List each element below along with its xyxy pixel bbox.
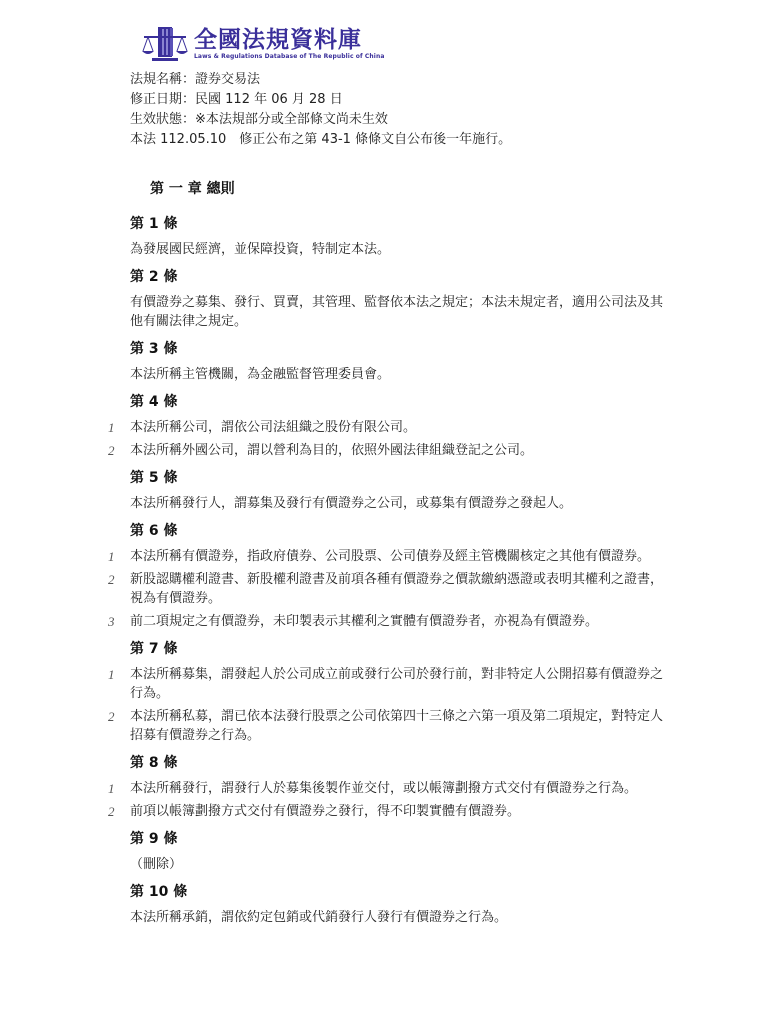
law-name-label: 法規名稱： (130, 72, 195, 87)
paragraph-number: 2 (108, 441, 115, 460)
paragraph-text: 新股認購權利證書、新股權利證書及前項各種有價證券之價款繳納憑證或表明其權利之證書… (130, 572, 663, 606)
article-title: 第 1 條 (130, 214, 675, 234)
scales-of-justice-book-icon (140, 25, 190, 63)
article-paragraph: 為發展國民經濟，並保障投資，特制定本法。 (130, 240, 675, 259)
article-paragraph: 3前二項規定之有價證券，未印製表示其權利之實體有價證券者，亦視為有價證券。 (130, 612, 675, 631)
article-paragraph: 2本法所稱私募，謂已依本法發行股票之公司依第四十三條之六第一項及第二項規定，對特… (130, 707, 675, 745)
paragraph-number: 2 (108, 570, 115, 589)
article: 第 8 條1本法所稱發行，謂發行人於募集後製作並交付，或以帳簿劃撥方式交付有價證… (130, 753, 675, 821)
article-title: 第 8 條 (130, 753, 675, 773)
site-logo[interactable]: 全國法規資料庫 Laws & Regulations Database of T… (140, 25, 384, 63)
paragraph-text: 本法所稱發行人，謂募集及發行有價證券之公司，或募集有價證券之發起人。 (130, 496, 572, 511)
paragraph-number: 3 (108, 612, 115, 631)
paragraph-text: 本法所稱募集，謂發起人於公司成立前或發行公司於發行前，對非特定人公開招募有價證券… (130, 667, 663, 701)
status-row: 生效狀態：※本法規部分或全部條文尚未生效 (130, 110, 511, 130)
article-paragraph: 2前項以帳簿劃撥方式交付有價證券之發行，得不印製實體有價證券。 (130, 802, 675, 821)
paragraph-text: 本法所稱發行，謂發行人於募集後製作並交付，或以帳簿劃撥方式交付有價證券之行為。 (130, 781, 637, 796)
article-paragraph: 1本法所稱有價證券，指政府債券、公司股票、公司債券及經主管機關核定之其他有價證券… (130, 547, 675, 566)
paragraph-text: 本法所稱主管機關，為金融監督管理委員會。 (130, 367, 390, 382)
status-label: 生效狀態： (130, 112, 195, 127)
paragraph-number: 1 (108, 779, 115, 798)
article: 第 2 條有價證券之募集、發行、買賣，其管理、監督依本法之規定；本法未規定者，適… (130, 267, 675, 331)
article: 第 5 條本法所稱發行人，謂募集及發行有價證券之公司，或募集有價證券之發起人。 (130, 468, 675, 513)
article-paragraph: 本法所稱主管機關，為金融監督管理委員會。 (130, 365, 675, 384)
article-paragraph: （刪除） (130, 855, 675, 874)
paragraph-number: 2 (108, 802, 115, 821)
law-name-row: 法規名稱：證券交易法 (130, 70, 511, 90)
paragraph-text: 有價證券之募集、發行、買賣，其管理、監督依本法之規定；本法未規定者，適用公司法及… (130, 295, 663, 329)
paragraph-number: 1 (108, 665, 115, 684)
paragraph-number: 2 (108, 707, 115, 726)
article-paragraph: 2新股認購權利證書、新股權利證書及前項各種有價證券之價款繳納憑證或表明其權利之證… (130, 570, 675, 608)
paragraph-text: 本法所稱私募，謂已依本法發行股票之公司依第四十三條之六第一項及第二項規定，對特定… (130, 709, 663, 743)
article-paragraph: 2本法所稱外國公司，謂以營利為目的，依照外國法律組織登記之公司。 (130, 441, 675, 460)
paragraph-text: 本法所稱公司，謂依公司法組織之股份有限公司。 (130, 420, 416, 435)
article: 第 7 條1本法所稱募集，謂發起人於公司成立前或發行公司於發行前，對非特定人公開… (130, 639, 675, 745)
article-title: 第 6 條 (130, 521, 675, 541)
article-list: 第 1 條為發展國民經濟，並保障投資，特制定本法。第 2 條有價證券之募集、發行… (130, 214, 675, 927)
article-paragraph: 有價證券之募集、發行、買賣，其管理、監督依本法之規定；本法未規定者，適用公司法及… (130, 293, 675, 331)
paragraph-number: 1 (108, 418, 115, 437)
status-value: ※本法規部分或全部條文尚未生效 (195, 112, 388, 127)
paragraph-text: 本法所稱承銷，謂依約定包銷或代銷發行人發行有價證券之行為。 (130, 910, 507, 925)
paragraph-text: 前項以帳簿劃撥方式交付有價證券之發行，得不印製實體有價證券。 (130, 804, 520, 819)
paragraph-text: （刪除） (130, 857, 182, 872)
amend-date-label: 修正日期： (130, 92, 195, 107)
article: 第 1 條為發展國民經濟，並保障投資，特制定本法。 (130, 214, 675, 259)
law-metadata: 法規名稱：證券交易法 修正日期：民國 112 年 06 月 28 日 生效狀態：… (130, 70, 511, 150)
paragraph-text: 本法所稱有價證券，指政府債券、公司股票、公司債券及經主管機關核定之其他有價證券。 (130, 549, 650, 564)
article-title: 第 2 條 (130, 267, 675, 287)
paragraph-number: 1 (108, 547, 115, 566)
article: 第 9 條（刪除） (130, 829, 675, 874)
article-title: 第 10 條 (130, 882, 675, 902)
chapter-heading: 第 一 章 總則 (150, 178, 675, 206)
law-content: 第 一 章 總則 第 1 條為發展國民經濟，並保障投資，特制定本法。第 2 條有… (130, 178, 675, 931)
law-name-value: 證券交易法 (195, 72, 260, 87)
article: 第 10 條本法所稱承銷，謂依約定包銷或代銷發行人發行有價證券之行為。 (130, 882, 675, 927)
article-paragraph: 1本法所稱公司，謂依公司法組織之股份有限公司。 (130, 418, 675, 437)
article-title: 第 9 條 (130, 829, 675, 849)
article-title: 第 7 條 (130, 639, 675, 659)
article-paragraph: 本法所稱承銷，謂依約定包銷或代銷發行人發行有價證券之行為。 (130, 908, 675, 927)
amend-date-row: 修正日期：民國 112 年 06 月 28 日 (130, 90, 511, 110)
article-title: 第 4 條 (130, 392, 675, 412)
article-paragraph: 本法所稱發行人，謂募集及發行有價證券之公司，或募集有價證券之發起人。 (130, 494, 675, 513)
paragraph-text: 本法所稱外國公司，謂以營利為目的，依照外國法律組織登記之公司。 (130, 443, 533, 458)
paragraph-text: 前二項規定之有價證券，未印製表示其權利之實體有價證券者，亦視為有價證券。 (130, 614, 598, 629)
article-title: 第 3 條 (130, 339, 675, 359)
logo-subtitle: Laws & Regulations Database of The Repub… (194, 53, 384, 61)
article-paragraph: 1本法所稱募集，謂發起人於公司成立前或發行公司於發行前，對非特定人公開招募有價證… (130, 665, 675, 703)
article: 第 4 條1本法所稱公司，謂依公司法組織之股份有限公司。2本法所稱外國公司，謂以… (130, 392, 675, 460)
article-paragraph: 1本法所稱發行，謂發行人於募集後製作並交付，或以帳簿劃撥方式交付有價證券之行為。 (130, 779, 675, 798)
article: 第 3 條本法所稱主管機關，為金融監督管理委員會。 (130, 339, 675, 384)
amend-date-value: 民國 112 年 06 月 28 日 (195, 92, 343, 107)
logo-title: 全國法規資料庫 (194, 27, 384, 53)
article: 第 6 條1本法所稱有價證券，指政府債券、公司股票、公司債券及經主管機關核定之其… (130, 521, 675, 631)
paragraph-text: 為發展國民經濟，並保障投資，特制定本法。 (130, 242, 390, 257)
article-title: 第 5 條 (130, 468, 675, 488)
effective-note: 本法 112.05.10 修正公布之第 43-1 條條文自公布後一年施行。 (130, 130, 511, 150)
